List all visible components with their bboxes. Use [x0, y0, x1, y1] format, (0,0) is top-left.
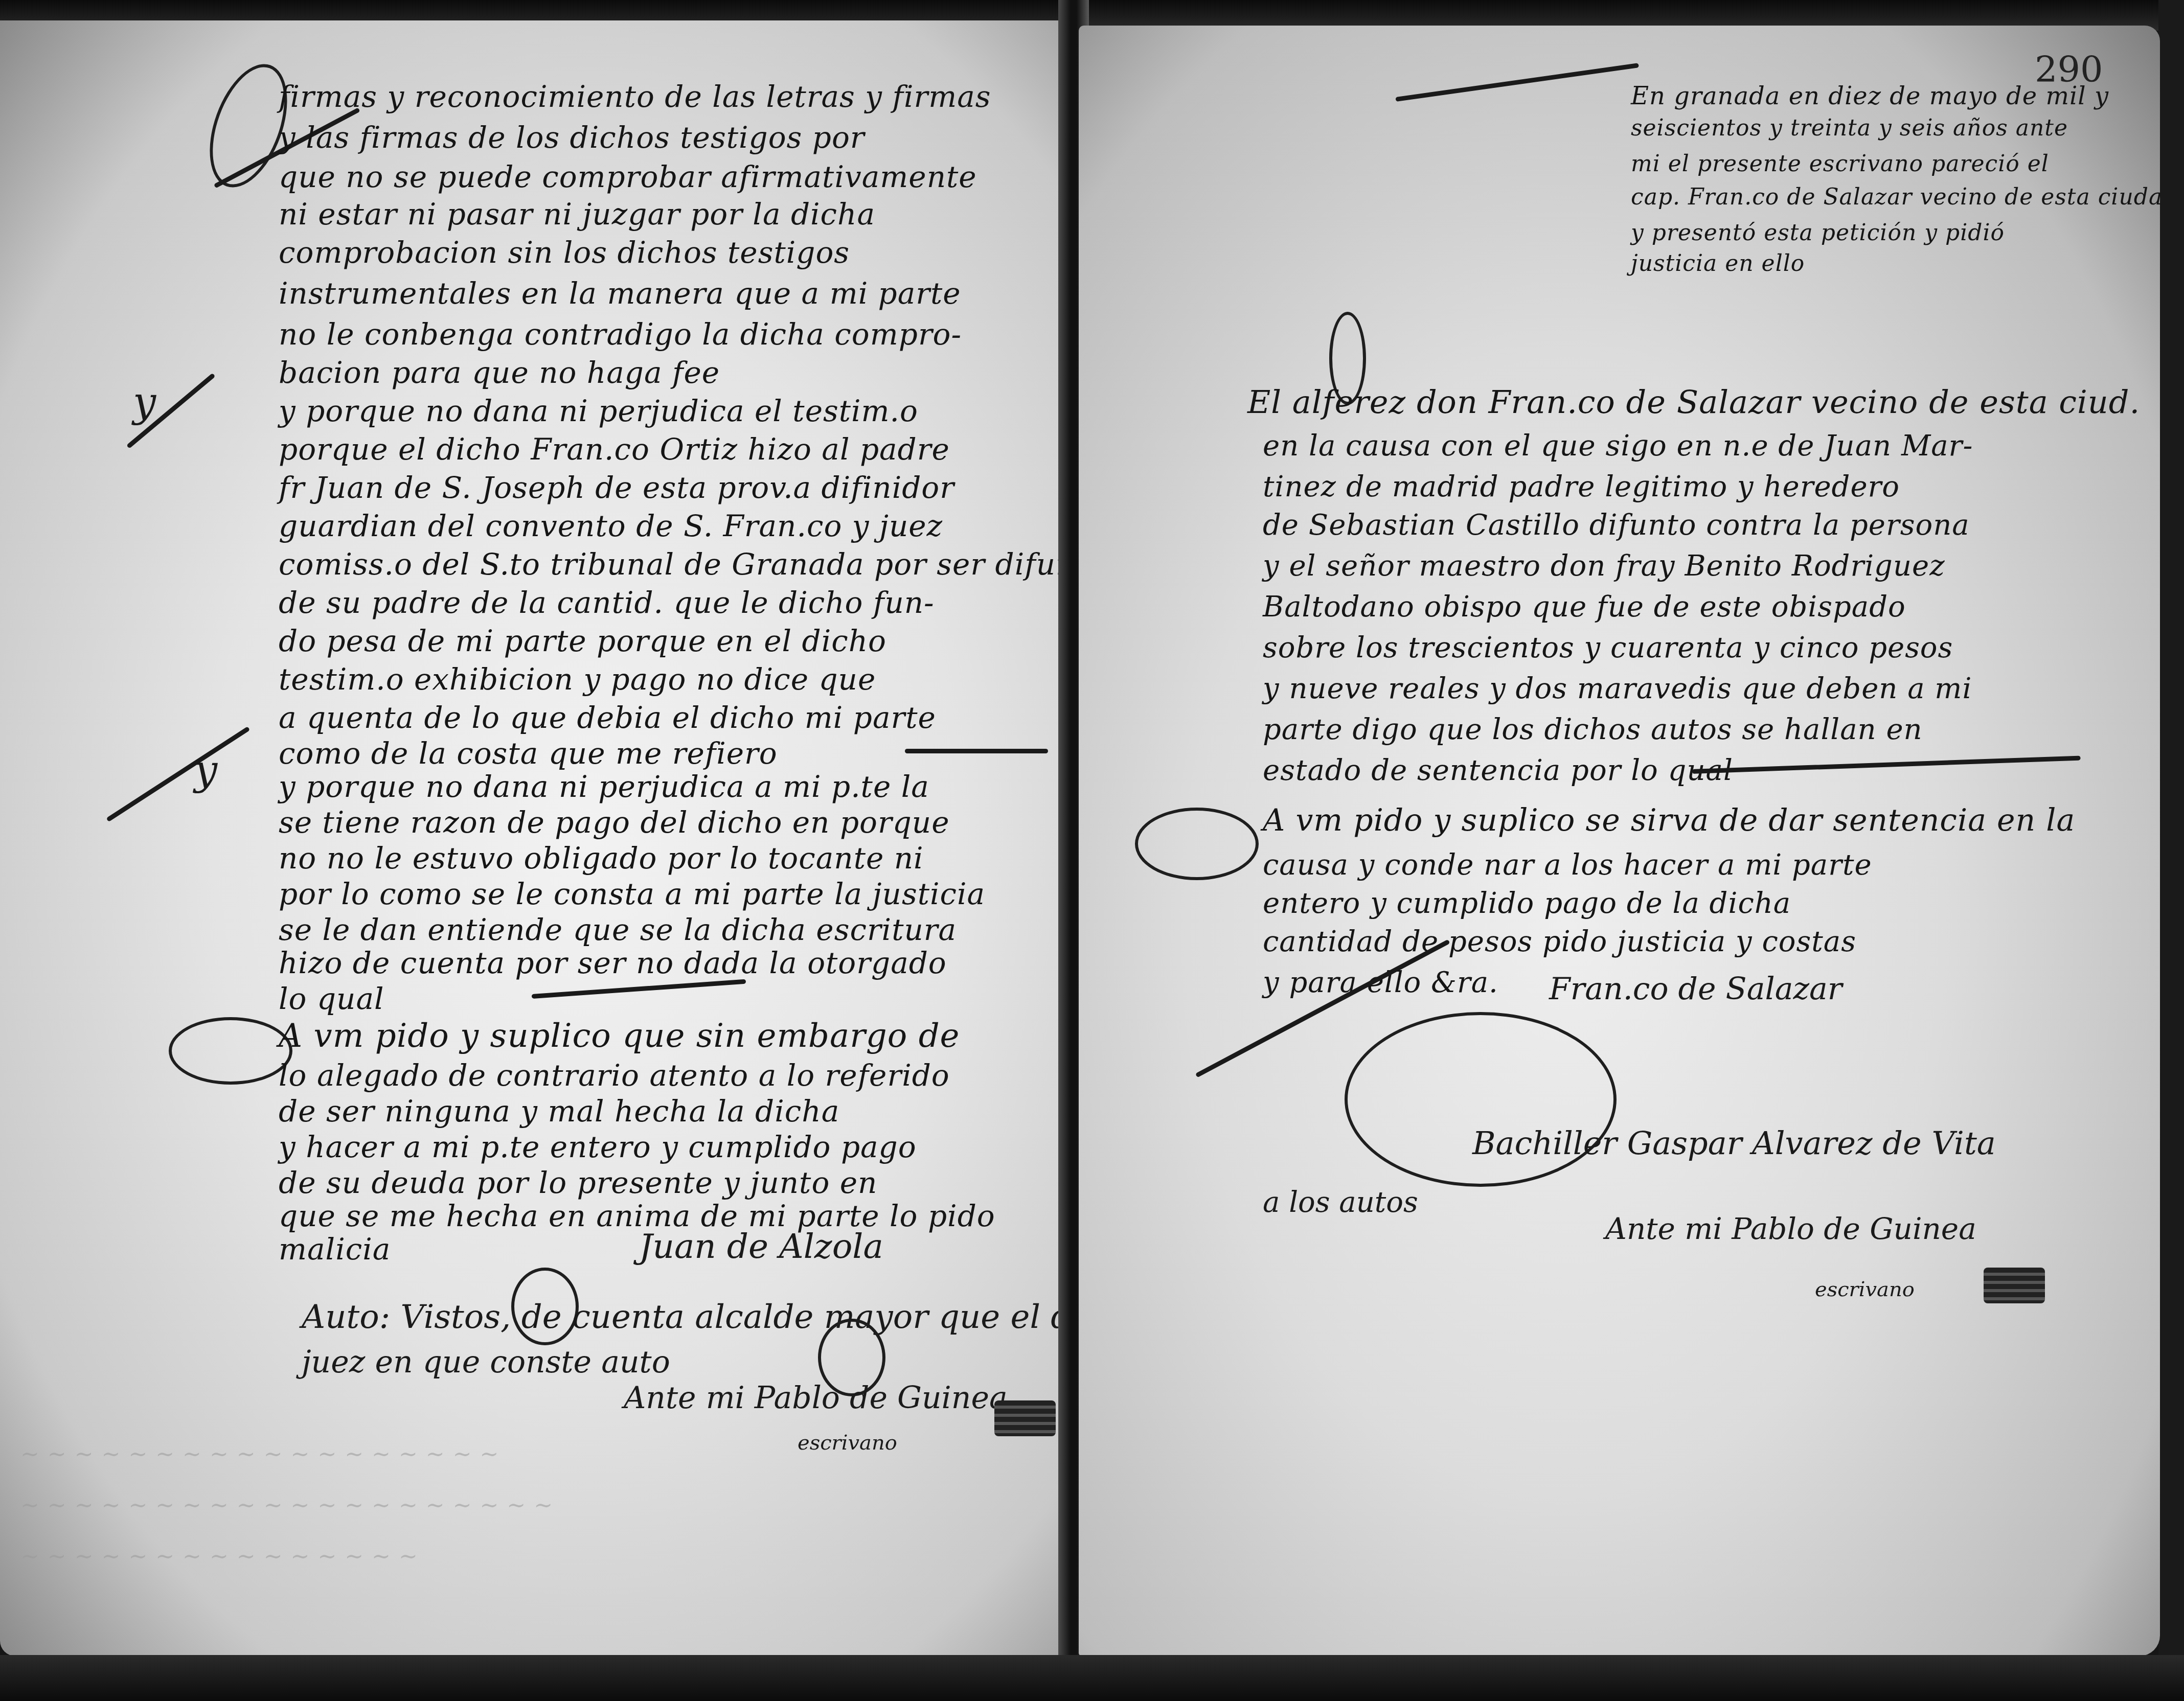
heading-line: cap. Fran.co de Salazar vecino de esta c… — [1631, 184, 2160, 210]
text-line: do pesa de mi parte porque en el dicho — [279, 624, 886, 658]
heading-line: seiscientos y treinta y seis años ante — [1631, 115, 2068, 141]
petition-line: causa y conde nar a los hacer a mi parte — [1263, 848, 1872, 882]
notary-signature: Ante mi Pablo de Guinea — [1605, 1211, 1976, 1246]
header-stroke — [1395, 63, 1639, 102]
auto-line: juez en que conste auto — [302, 1344, 670, 1380]
petition-line: y para ello &ra. — [1263, 966, 1498, 999]
petition-line: A vm pido y suplico se sirva de dar sent… — [1263, 802, 2075, 838]
initial-flourish-icon — [1135, 808, 1259, 880]
text-line: lo alegado de contrario atento a lo refe… — [279, 1058, 950, 1093]
text-line: parte digo que los dichos autos se halla… — [1263, 713, 1923, 746]
text-line: de su padre de la cantid. que le dicho f… — [279, 585, 935, 620]
text-line: se le dan entiende que se la dicha escri… — [279, 912, 957, 947]
text-line: guardian del convento de S. Fran.co y ju… — [279, 509, 943, 543]
line-filler-stroke — [532, 979, 746, 999]
line-filler-stroke — [1692, 755, 2081, 774]
text-line: que no se puede comprobar afirmativament… — [279, 159, 977, 194]
notary-title: escrivano — [1815, 1278, 1915, 1301]
notary-title: escrivano — [798, 1431, 897, 1455]
text-line: como de la costa que me refiero — [279, 736, 778, 771]
text-line: por lo como se le consta a mi parte la j… — [279, 877, 985, 911]
text-line: comprobacion sin los dichos testigos — [279, 235, 850, 270]
text-line: y el señor maestro don fray Benito Rodri… — [1263, 549, 1945, 583]
margin-mark-y: y — [133, 378, 156, 426]
scanner-bottom-border — [0, 1655, 2184, 1701]
heading-line: mi el presente escrivano pareció el — [1631, 151, 2049, 177]
text-line: en la causa con el que sigo en n.e de Ju… — [1263, 429, 1973, 463]
bleed-through-text: ~ ~ ~ ~ ~ ~ ~ ~ ~ ~ ~ ~ ~ ~ ~ ~ ~ ~ — [20, 1441, 499, 1467]
bleed-through-text: ~ ~ ~ ~ ~ ~ ~ ~ ~ ~ ~ ~ ~ ~ ~ — [20, 1544, 418, 1570]
text-line: A vm pido y suplico que sin embargo de — [279, 1017, 960, 1055]
text-line: comiss.o del S.to tribunal de Granada po… — [279, 547, 1068, 582]
text-line: Baltodano obispo que fue de este obispad… — [1263, 590, 1906, 624]
margin-stroke — [106, 726, 251, 822]
signature-note: a los autos — [1263, 1186, 1418, 1219]
signature: Juan de Alzola — [639, 1227, 883, 1266]
text-line: de Sebastian Castillo difunto contra la … — [1263, 509, 1970, 542]
text-line: bacion para que no haga fee — [279, 355, 720, 390]
line-filler-stroke — [905, 749, 1048, 753]
text-line: se tiene razon de pago del dicho en porq… — [279, 805, 949, 840]
signature: Fran.co de Salazar — [1549, 971, 1842, 1007]
left-page: ~ ~ ~ ~ ~ ~ ~ ~ ~ ~ ~ ~ ~ ~ ~ ~ ~ ~ ~ ~ … — [0, 20, 1068, 1656]
notary-rubric-icon — [1984, 1268, 2045, 1303]
bleed-through-text: ~ ~ ~ ~ ~ ~ ~ ~ ~ ~ ~ ~ ~ ~ ~ ~ ~ ~ ~ ~ — [20, 1492, 553, 1519]
text-line: ni estar ni pasar ni juzgar por la dicha — [279, 197, 875, 232]
text-line: que se me hecha en anima de mi parte lo … — [279, 1199, 995, 1233]
notary-signature: Ante mi Pablo de Guinea — [624, 1380, 1008, 1416]
text-line: estado de sentencia por lo qual — [1263, 754, 1733, 787]
text-line: firmas y reconocimiento de las letras y … — [279, 79, 991, 114]
text-line: instrumentales en la manera que a mi par… — [279, 276, 961, 311]
auto-line: Auto: Vistos, de cuenta alcalde mayor qu… — [302, 1298, 1068, 1336]
scanner-right-border — [2158, 0, 2184, 1701]
text-line: tinez de madrid padre legitimo y hereder… — [1263, 470, 1900, 503]
right-page: 290 En granada en diez de mayo de mil y … — [1079, 26, 2160, 1656]
text-line: y hacer a mi p.te entero y cumplido pago — [279, 1130, 917, 1164]
text-line: fr Juan de S. Joseph de esta prov.a difi… — [279, 470, 954, 505]
text-line: de ser ninguna y mal hecha la dicha — [279, 1094, 839, 1129]
text-line: no le conbenga contradigo la dicha compr… — [279, 317, 962, 352]
text-line: testim.o exhibicion y pago no dice que — [279, 662, 876, 697]
initial-flourish-icon — [169, 1017, 292, 1085]
text-line: a quenta de lo que debia el dicho mi par… — [279, 700, 936, 735]
text-line: de su deuda por lo presente y junto en — [279, 1165, 877, 1200]
text-line: no no le estuvo obligado por lo tocante … — [279, 841, 924, 876]
text-line: y porque no dana ni perjudica el testim.… — [279, 394, 918, 428]
text-line: malicia — [279, 1232, 391, 1267]
text-line: y porque no dana ni perjudica a mi p.te … — [279, 769, 929, 804]
heading-line: y presentó esta petición y pidió — [1631, 220, 2005, 246]
notary-rubric-icon — [994, 1400, 1056, 1436]
text-line: y las firmas de los dichos testigos por — [279, 120, 865, 155]
petition-line: cantidad de pesos pido justicia y costas — [1263, 925, 1856, 958]
text-line: lo qual — [279, 981, 384, 1016]
text-line: hizo de cuenta por ser no dada la otorga… — [279, 946, 947, 980]
text-line: porque el dicho Fran.co Ortiz hizo al pa… — [279, 432, 950, 467]
text-line: y nueve reales y dos maravedis que deben… — [1263, 672, 1972, 705]
text-line: El alferez don Fran.co de Salazar vecino… — [1247, 383, 2140, 421]
text-line: sobre los trescientos y cuarenta y cinco… — [1263, 631, 1953, 664]
heading-line: justicia en ello — [1631, 250, 1805, 277]
petition-line: entero y cumplido pago de la dicha — [1263, 887, 1791, 920]
heading-line: En granada en diez de mayo de mil y — [1631, 82, 2109, 110]
signature: Bachiller Gaspar Alvarez de Vita — [1472, 1124, 1996, 1162]
